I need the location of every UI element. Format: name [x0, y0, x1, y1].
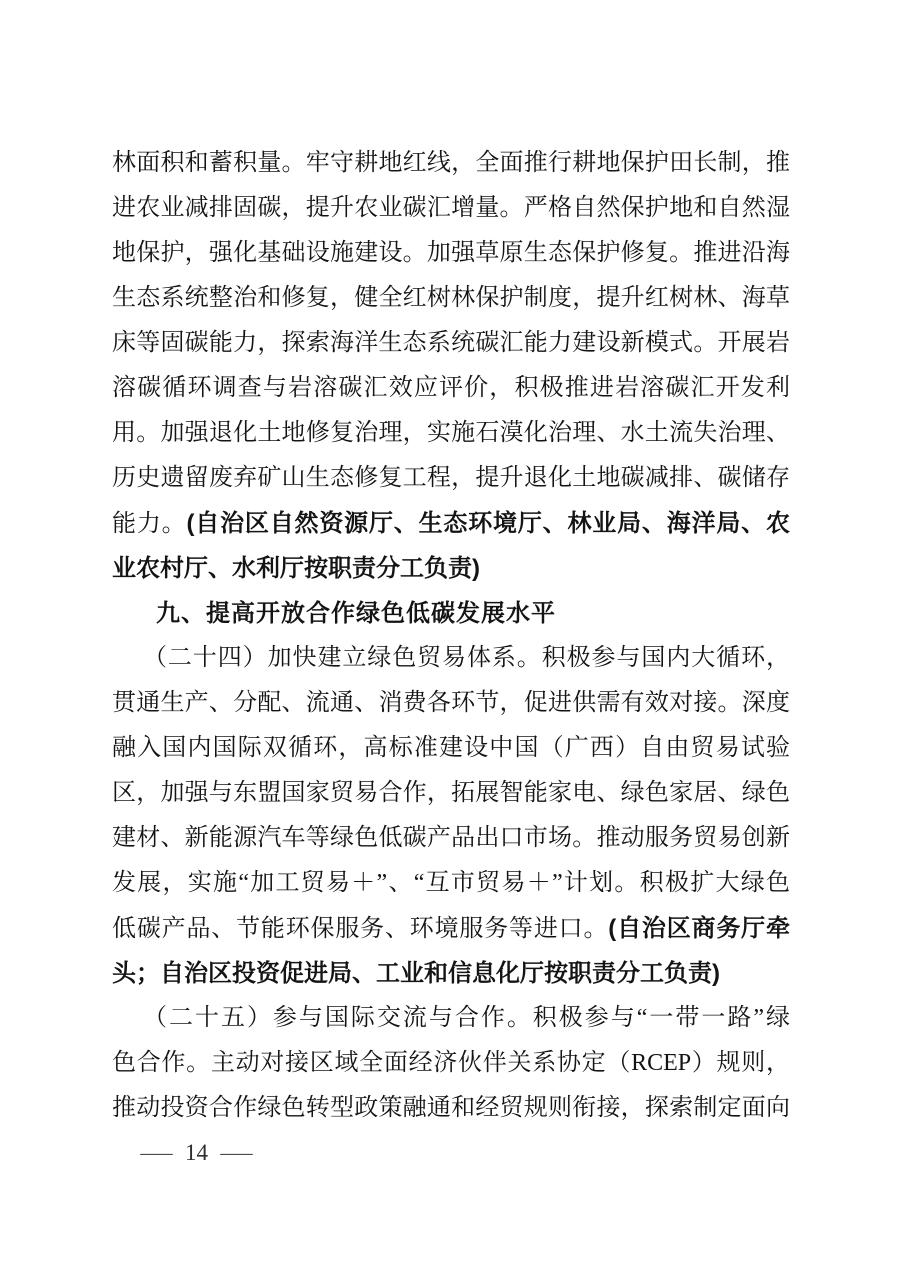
document-page: 林面积和蓄积量。牢守耕地红线，全面推行耕地保护田长制，推进农业减排固碳，提升农业…	[0, 0, 900, 1272]
text-line-12: （二十四）加快建立绿色贸易体系。积极参与国内大循环，	[112, 636, 790, 681]
text-line-9: 能力。(自治区自然资源厅、生态环境厅、林业局、海洋局、农	[112, 501, 790, 546]
body-text-segment: 贯通生产、分配、流通、消费各环节，促进供需有效对接。深度	[112, 690, 790, 716]
body-text-segment: 低碳产品、节能环保服务、环境服务等进口。	[112, 916, 608, 942]
body-text-segment: 生态系统整治和修复，健全红树林保护制度，提升红树林、海草	[112, 285, 790, 311]
bold-text-segment: 九、提高开放合作绿色低碳发展水平	[156, 600, 556, 627]
text-line-2: 进农业减排固碳，提升农业碳汇增量。严格自然保护地和自然湿	[112, 186, 790, 231]
text-line-4: 生态系统整治和修复，健全红树林保护制度，提升红树林、海草	[112, 276, 790, 321]
body-text-segment: 用。加强退化土地修复治理，实施石漠化治理、水土流失治理、	[112, 420, 790, 446]
body-text-segment: 历史遗留废弃矿山生态修复工程，提升退化土地碳减排、碳储存	[112, 465, 790, 491]
text-line-1: 林面积和蓄积量。牢守耕地红线，全面推行耕地保护田长制，推	[112, 141, 790, 186]
text-line-13: 贯通生产、分配、流通、消费各环节，促进供需有效对接。深度	[112, 681, 790, 726]
body-text-segment: 发展，实施“加工贸易＋”、“互市贸易＋”计划。积极扩大绿色	[112, 870, 790, 896]
body-text-segment: 区，加强与东盟国家贸易合作，拓展智能家电、绿色家居、绿色	[112, 780, 790, 806]
bold-text-segment: 头；自治区投资促进局、工业和信息化厅按职责分工负责)	[112, 960, 720, 987]
text-line-16: 建材、新能源汽车等绿色低碳产品出口市场。推动服务贸易创新	[112, 816, 790, 861]
text-block: 林面积和蓄积量。牢守耕地红线，全面推行耕地保护田长制，推进农业减排固碳，提升农业…	[112, 141, 790, 1131]
body-text-segment: 推动投资合作绿色转型政策融通和经贸规则衔接，探索制定面向	[112, 1095, 790, 1121]
text-line-14: 融入国内国际双循环，高标准建设中国（广西）自由贸易试验	[112, 726, 790, 771]
footer-dash-left: —	[140, 1140, 172, 1166]
page-footer: — 14 —	[145, 1138, 248, 1168]
body-text-segment: 建材、新能源汽车等绿色低碳产品出口市场。推动服务贸易创新	[112, 825, 790, 851]
text-line-15: 区，加强与东盟国家贸易合作，拓展智能家电、绿色家居、绿色	[112, 771, 790, 816]
text-line-7: 用。加强退化土地修复治理，实施石漠化治理、水土流失治理、	[112, 411, 790, 456]
bold-text-segment: (自治区自然资源厅、生态环境厅、林业局、海洋局、农	[186, 510, 790, 537]
text-line-8: 历史遗留废弃矿山生态修复工程，提升退化土地碳减排、碳储存	[112, 456, 790, 501]
text-line-22: 推动投资合作绿色转型政策融通和经贸规则衔接，探索制定面向	[112, 1086, 790, 1131]
bold-text-segment: (自治区商务厅牵	[608, 915, 790, 942]
body-text-segment: 地保护，强化基础设施建设。加强草原生态保护修复。推进沿海	[112, 240, 790, 266]
body-text-segment: 林面积和蓄积量。牢守耕地红线，全面推行耕地保护田长制，推	[112, 150, 790, 176]
text-line-10: 业农村厅、水利厅按职责分工负责)	[112, 546, 790, 591]
body-text-segment: （二十五）参与国际交流与合作。积极参与“一带一路”绿	[143, 1005, 790, 1031]
text-line-21: 色合作。主动对接区域全面经济伙伴关系协定（RCEP）规则，	[112, 1041, 790, 1086]
text-line-6: 溶碳循环调查与岩溶碳汇效应评价，积极推进岩溶碳汇开发利	[112, 366, 790, 411]
text-line-20: （二十五）参与国际交流与合作。积极参与“一带一路”绿	[112, 996, 790, 1041]
text-line-5: 床等固碳能力，探索海洋生态系统碳汇能力建设新模式。开展岩	[112, 321, 790, 366]
body-text-segment: （二十四）加快建立绿色贸易体系。积极参与国内大循环，	[143, 645, 790, 671]
body-text-segment: 能力。	[112, 511, 186, 537]
footer-dash-right: —	[220, 1140, 252, 1166]
bold-text-segment: 业农村厅、水利厅按职责分工负责)	[112, 555, 480, 582]
body-text-segment: 色合作。主动对接区域全面经济伙伴关系协定（RCEP）规则，	[112, 1050, 790, 1076]
body-text-segment: 床等固碳能力，探索海洋生态系统碳汇能力建设新模式。开展岩	[112, 330, 790, 356]
page-number: 14	[185, 1140, 208, 1166]
text-line-3: 地保护，强化基础设施建设。加强草原生态保护修复。推进沿海	[112, 231, 790, 276]
section-heading: 九、提高开放合作绿色低碳发展水平	[112, 591, 790, 636]
text-line-18: 低碳产品、节能环保服务、环境服务等进口。(自治区商务厅牵	[112, 906, 790, 951]
body-text-segment: 进农业减排固碳，提升农业碳汇增量。严格自然保护地和自然湿	[112, 195, 790, 221]
body-text-segment: 融入国内国际双循环，高标准建设中国（广西）自由贸易试验	[112, 735, 790, 761]
body-text-segment: 溶碳循环调查与岩溶碳汇效应评价，积极推进岩溶碳汇开发利	[112, 375, 790, 401]
text-line-19: 头；自治区投资促进局、工业和信息化厅按职责分工负责)	[112, 951, 790, 996]
text-line-17: 发展，实施“加工贸易＋”、“互市贸易＋”计划。积极扩大绿色	[112, 861, 790, 906]
